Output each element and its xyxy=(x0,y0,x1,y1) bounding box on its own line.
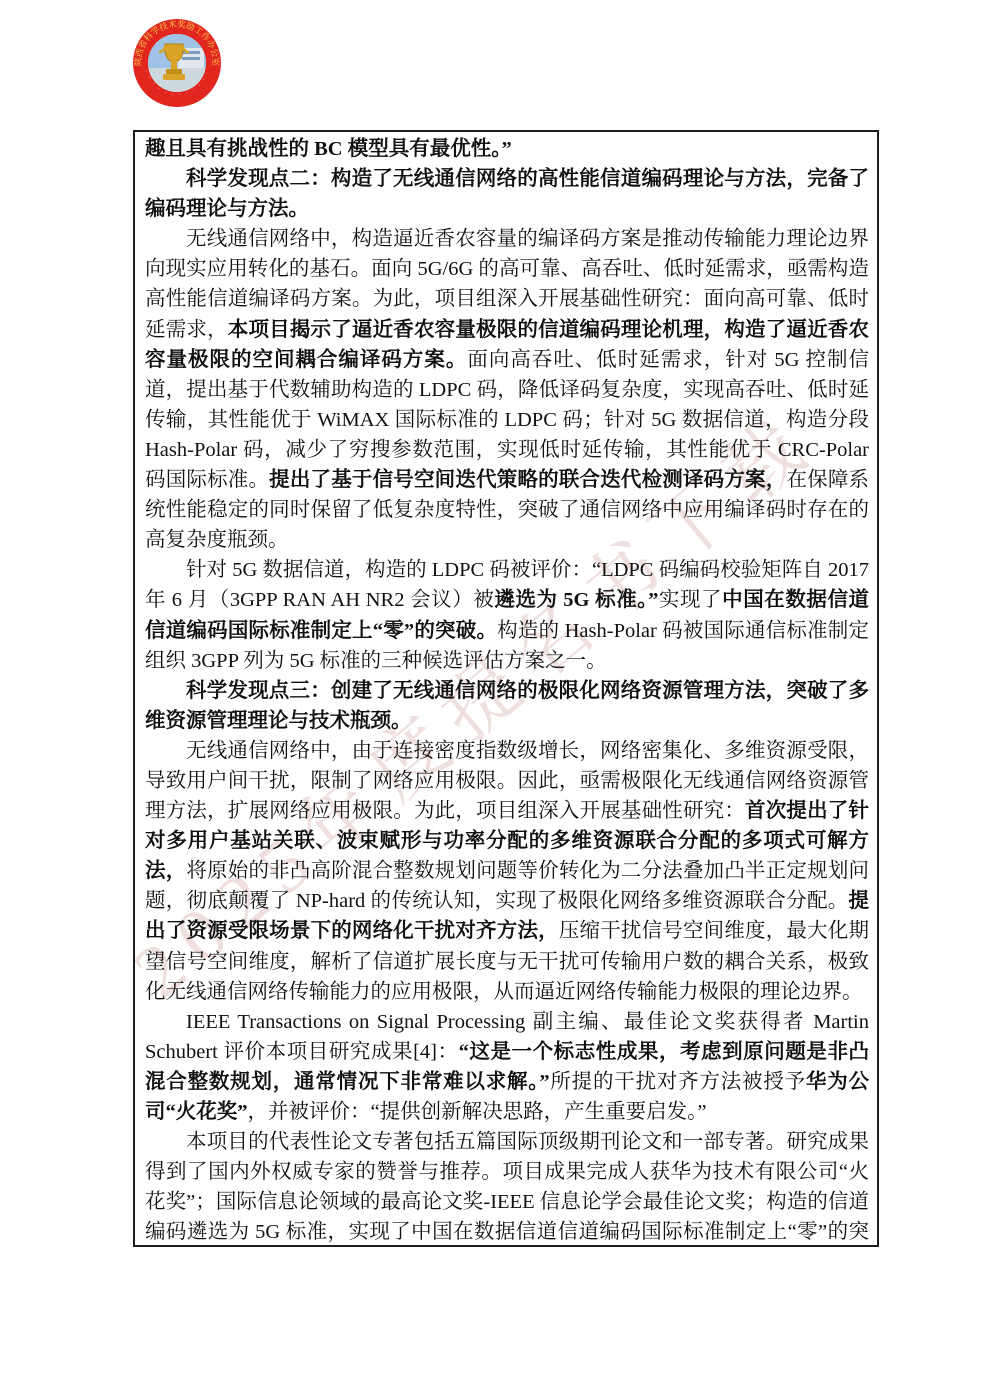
bold-text-segment: 科学发现点三：创建了无线通信网络的极限化网络资源管理方法，突破了多维资源管理理论… xyxy=(145,680,869,732)
paragraph: 科学发现点三：创建了无线通信网络的极限化网络资源管理方法，突破了多维资源管理理论… xyxy=(145,676,869,736)
page-root: 陕西省科学技术奖励工作办公室 · · · · · · · · · · · · xyxy=(0,0,990,1399)
org-seal: 陕西省科学技术奖励工作办公室 · · · · · · · · · · · · xyxy=(132,18,222,108)
paragraph: 科学发现点二：构造了无线通信网络的高性能信道编码理论与方法，完备了编码理论与方法… xyxy=(145,164,869,224)
seal-center-photo xyxy=(148,34,206,92)
paragraph: 无线通信网络中，构造逼近香农容量的编译码方案是推动传输能力理论边界向现实应用转化… xyxy=(145,224,869,555)
bold-text-segment: 趣且具有挑战性的 BC 模型具有最优性。” xyxy=(145,138,512,160)
text-segment: 实现了 xyxy=(658,589,722,611)
bold-text-segment: 提出了基于信号空间迭代策略的联合迭代检测译码方案， xyxy=(269,469,786,491)
paragraph: 本项目的代表性论文专著包括五篇国际顶级期刊论文和一部专著。研究成果得到了国内外权… xyxy=(145,1127,869,1247)
text-segment: ，并被评价：“提供创新解决思路，产生重要启发。” xyxy=(248,1101,707,1123)
bold-text-segment: 科学发现点二：构造了无线通信网络的高性能信道编码理论与方法，完备了编码理论与方法… xyxy=(145,168,869,220)
text-segment: 本项目的代表性论文专著包括五篇国际顶级期刊论文和一部专著。研究成果得到了国内外权… xyxy=(145,1131,869,1247)
paragraph: IEEE Transactions on Signal Processing 副… xyxy=(145,1007,869,1127)
paragraph: 针对 5G 数据信道，构造的 LDPC 码被评价：“LDPC 码编码校验矩阵自 … xyxy=(145,555,869,675)
text-segment: 所提的干扰对齐方法被授予 xyxy=(550,1071,806,1093)
document-body: 趣且具有挑战性的 BC 模型具有最优性。”科学发现点二：构造了无线通信网络的高性… xyxy=(145,134,869,1247)
org-seal-graphic: 陕西省科学技术奖励工作办公室 · · · · · · · · · · · · xyxy=(132,18,222,108)
paragraph: 趣且具有挑战性的 BC 模型具有最优性。” xyxy=(145,134,869,164)
paragraph: 无线通信网络中，由于连接密度指数级增长，网络密集化、多维资源受限，导致用户间干扰… xyxy=(145,736,869,1007)
text-segment: 将原始的非凸高阶混合整数规划问题等价转化为二分法叠加凸半正定规划问题，彻底颠覆了… xyxy=(145,860,869,912)
bold-text-segment: 遴选为 5G 标准。” xyxy=(494,589,658,611)
document-frame: 趣且具有挑战性的 BC 模型具有最优性。”科学发现点二：构造了无线通信网络的高性… xyxy=(133,130,879,1247)
